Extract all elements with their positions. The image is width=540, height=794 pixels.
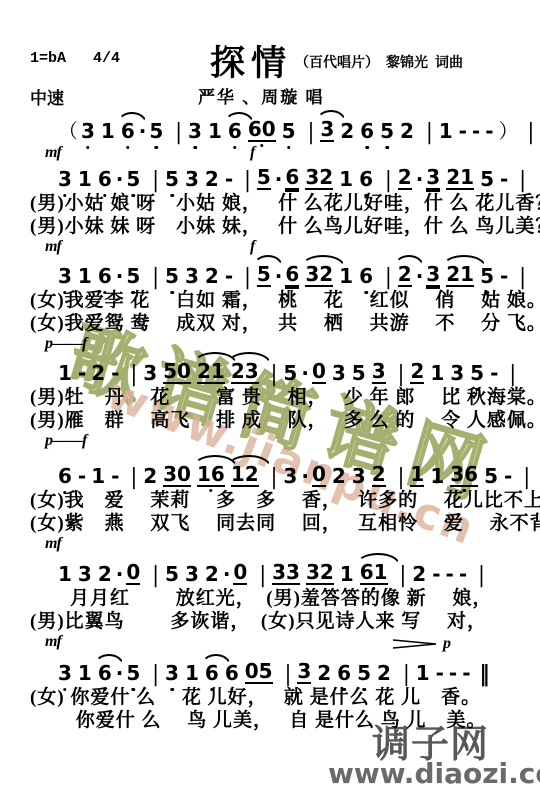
music-system: 316·5|532-|5·63216|2·3215-|(女)我爱李 花 白如 霜… <box>0 255 540 355</box>
lyric-line: (男)牡 丹 花 富 贵 相， 少 年 郎 比 秋海棠。 <box>0 386 540 409</box>
note-token: （ <box>58 121 78 142</box>
note-token: 3 <box>81 121 95 142</box>
note-token: 5 <box>149 121 163 142</box>
note-token: 1 <box>410 464 424 487</box>
notation-line: 316·5|316605|32652|1---‖ <box>0 652 540 686</box>
music-system: 132·0|532·0|3332161|2---| 月月红 放红光， (男)羞答… <box>0 553 540 653</box>
note-token: - <box>432 564 440 585</box>
note-token: · <box>116 663 124 684</box>
note-token: 6 <box>205 663 219 684</box>
note-token: - <box>436 663 444 684</box>
note-token: 3 <box>352 466 366 487</box>
note-token: 5 <box>282 121 296 142</box>
dynamic-marking: p——f <box>45 432 86 450</box>
note-token: 5 <box>165 169 179 190</box>
note-token: 3 <box>297 661 311 684</box>
note-token: 2 <box>205 266 219 287</box>
note-token: - <box>485 121 493 142</box>
note-token: 5 <box>126 169 140 190</box>
lyric-line: (男)小姑 娘 呀 小姑 娘， 什 么花儿好哇，什 么 花儿香？ <box>0 192 540 215</box>
note-token: | <box>426 120 433 144</box>
lyric-line: (男)比翼鸟 多诙谐， (女)只见诗人来 写 对， <box>0 610 540 633</box>
note-token: 2 <box>205 564 219 585</box>
music-system: （316·5|316605|32652|1---）|mff <box>0 110 540 164</box>
note-token: | <box>398 465 405 489</box>
note-token: 0 <box>126 562 140 585</box>
note-token: 1 <box>185 663 199 684</box>
lyric-line: 月月红 放红光， (男)羞答答的像 新 娘， <box>0 587 540 610</box>
slur-arc <box>227 455 271 467</box>
note-token: 3 <box>78 564 92 585</box>
note-token: | <box>271 362 278 386</box>
note-token: - <box>111 466 119 487</box>
note-token: | <box>385 265 392 289</box>
note-token: · <box>116 266 124 287</box>
music-system: 316·5|316605|32652|1---‖(女) 你爱什 么 花 儿好， … <box>0 652 540 732</box>
note-token: 5 <box>165 266 179 287</box>
note-token: - <box>459 121 467 142</box>
note-token: 5 <box>380 121 394 142</box>
note-token: 12 <box>231 464 259 487</box>
notation-line: 132·0|532·0|3332161|2---| <box>0 553 540 587</box>
note-token: 1 <box>339 169 353 190</box>
note-token: - <box>225 266 233 287</box>
note-token: 6 <box>337 663 351 684</box>
note-token: 5 <box>257 264 271 287</box>
note-token: - <box>111 363 119 384</box>
note-token: · <box>416 169 424 190</box>
note-token: 5 <box>470 363 484 384</box>
note-token: 2 <box>340 121 354 142</box>
note-token: 3 <box>58 663 72 684</box>
dynamics-row: mf <box>0 535 540 555</box>
note-token: 50 <box>163 361 191 384</box>
note-token: | <box>478 563 485 587</box>
note-token: 3 <box>58 169 72 190</box>
note-token: 1 <box>416 663 430 684</box>
note-token: · <box>116 564 124 585</box>
note-token: · <box>275 266 283 287</box>
note-token: 1 <box>340 564 354 585</box>
note-token: 6 <box>360 121 374 142</box>
note-token: | <box>244 168 251 192</box>
note-token: 2 <box>410 361 424 384</box>
note-token: 3 <box>143 363 157 384</box>
slur-arc <box>227 352 271 364</box>
note-token: | <box>385 168 392 192</box>
note-token: 16 <box>197 464 225 487</box>
note-token: | <box>308 120 315 144</box>
slur-arc <box>356 553 400 565</box>
note-token: 6 <box>98 663 112 684</box>
lyric-line: (女)我爱鸳 鸯 成双 对， 共 栖 共游 不 分 飞。 <box>0 312 540 335</box>
note-token: 33 <box>272 562 300 585</box>
note-token: · <box>116 169 124 190</box>
note-token: | <box>398 362 405 386</box>
note-token: 3 <box>332 363 346 384</box>
note-token: · <box>223 564 231 585</box>
note-token: · <box>275 169 283 190</box>
note-token: | <box>400 563 407 587</box>
note-token: 1 <box>78 663 92 684</box>
note-token: - <box>459 564 467 585</box>
note-token: 6 <box>359 266 373 287</box>
note-token: 1 <box>78 169 92 190</box>
dynamic-marking: f <box>250 238 255 256</box>
note-token: 6 <box>58 466 72 487</box>
note-token: 23 <box>231 361 259 384</box>
note-token: | <box>152 662 159 686</box>
note-token: 0 <box>312 464 326 487</box>
note-token: | <box>523 465 530 489</box>
notation-line: 316·5|532-|5·63216|2·3215-| <box>0 255 540 289</box>
lyric-line: 你爱什 么 鸟 儿美， 自 是什么 鸟 儿 美。 <box>0 709 540 732</box>
note-token: | <box>403 662 410 686</box>
note-token: | <box>509 362 516 386</box>
lyric-line: (女)我爱李 花 白如 霜， 桃 花 红似 俏 姑 娘。 <box>0 289 540 312</box>
note-token: 6 <box>225 663 239 684</box>
note-token: 6 <box>228 121 242 142</box>
note-token: | <box>519 265 526 289</box>
note-token: 3 <box>165 663 179 684</box>
note-token: | <box>259 563 266 587</box>
note-token: 5 <box>283 363 297 384</box>
note-token: 1 <box>339 266 353 287</box>
note-token: 3 <box>426 167 440 190</box>
note-token: · <box>301 466 309 487</box>
note-token: - <box>500 266 508 287</box>
note-token: 1 <box>58 363 72 384</box>
note-token: 3 <box>185 266 199 287</box>
music-system: 1-2-|3502123|5·0353|2135-|(男)牡 丹 花 富 贵 相… <box>0 352 540 452</box>
note-token: - <box>490 363 498 384</box>
lyric-line: (女)我 爱 茉莉 多 多 香， 许多的 花儿比不上。 <box>0 489 540 512</box>
lyric-line: (女) 你爱什 么 花 儿好， 就 是什么 花 儿 香。 <box>0 686 540 709</box>
note-token: 21 <box>446 264 474 287</box>
note-token: 05 <box>245 661 273 684</box>
dynamics-row: mfp <box>0 633 540 653</box>
decrescendo-icon <box>392 638 438 650</box>
note-token: | <box>130 465 137 489</box>
note-token: ‖ <box>480 662 490 686</box>
note-token: 3 <box>450 363 464 384</box>
note-token: 21 <box>446 167 474 190</box>
note-token: 3 <box>426 264 440 287</box>
note-token: | <box>271 465 278 489</box>
note-token: 1 <box>58 564 72 585</box>
note-token: | <box>528 120 535 144</box>
note-token: 1 <box>430 466 444 487</box>
note-token: 2 <box>412 564 426 585</box>
note-token: - <box>462 663 470 684</box>
note-token: 3 <box>320 119 334 142</box>
lyric-line: (男)小妹 妹 呀 小妹 妹， 什 么鸟儿好哇，什 么 鸟儿美？ <box>0 215 540 238</box>
lyric-line: (女)紫 燕 双飞 同去同 回， 互相怜 爱 永不背。 <box>0 512 540 535</box>
note-token: - <box>446 564 454 585</box>
note-token: - <box>500 169 508 190</box>
note-token: 5 <box>480 169 494 190</box>
note-token: 5 <box>165 564 179 585</box>
note-token: 6 <box>285 167 299 190</box>
score-area: （316·5|316605|32652|1---）|mff316·5|532-|… <box>0 0 540 794</box>
note-token: 5 <box>126 663 140 684</box>
note-token: 5 <box>257 167 271 190</box>
note-token: 2 <box>398 264 412 287</box>
note-token: 1 <box>208 121 222 142</box>
note-token: 6 <box>98 266 112 287</box>
note-token: | <box>175 120 182 144</box>
note-token: 3 <box>372 361 386 384</box>
notation-line: 6-1-|2301612|3·0232|11365-| <box>0 455 540 489</box>
note-token: 2 <box>98 564 112 585</box>
note-token: 60 <box>248 119 276 142</box>
lyric-line: (男)雁 群 高飞 排 成 队， 多 么 的 令 人感佩。 <box>0 409 540 432</box>
dynamic-marking: mf <box>45 238 61 256</box>
note-token: 1 <box>439 121 453 142</box>
note-token: 3 <box>283 466 297 487</box>
note-token: 2 <box>398 167 412 190</box>
sheet-music-page: 歌谱简谱网 www.jianpu.cn 调子网 www.diaozi.com 1… <box>0 0 540 794</box>
note-token: 2 <box>400 121 414 142</box>
note-token: 2 <box>372 464 386 487</box>
dynamic-marking: mf <box>45 535 61 553</box>
note-token: | <box>152 265 159 289</box>
dynamic-marking: p <box>392 635 451 653</box>
note-token: 2 <box>91 363 105 384</box>
note-token: 1 <box>78 266 92 287</box>
note-token: | <box>152 563 159 587</box>
dynamic-marking: mf <box>45 633 61 651</box>
notation-line: 316·5|532-|5·63216|2·3215-| <box>0 158 540 192</box>
note-token: 21 <box>197 361 225 384</box>
note-token: 32 <box>306 562 334 585</box>
note-token: 0 <box>233 562 247 585</box>
note-token: · <box>301 363 309 384</box>
note-token: | <box>152 168 159 192</box>
music-system: 6-1-|2301612|3·0232|11365-|(女)我 爱 茉莉 多 多… <box>0 455 540 555</box>
note-token: 2 <box>143 466 157 487</box>
notation-line: （316·5|316605|32652|1---）| <box>0 110 540 144</box>
note-token: · <box>139 121 147 142</box>
note-token: 61 <box>360 562 388 585</box>
note-token: 32 <box>305 167 333 190</box>
note-token: | <box>519 168 526 192</box>
note-token: 5 <box>480 266 494 287</box>
note-token: 36 <box>450 464 478 487</box>
note-token: | <box>244 265 251 289</box>
note-token: 6 <box>121 121 135 142</box>
note-token: - <box>78 466 86 487</box>
note-token: 2 <box>377 663 391 684</box>
dynamics-row: p——f <box>0 432 540 452</box>
notation-line: 1-2-|3502123|5·0353|2135-| <box>0 352 540 386</box>
note-token: 6 <box>359 169 373 190</box>
note-token: 6 <box>98 169 112 190</box>
note-token: - <box>449 663 457 684</box>
note-token: 3 <box>188 121 202 142</box>
note-token: 1 <box>91 466 105 487</box>
note-token: 1 <box>430 363 444 384</box>
note-token: - <box>225 169 233 190</box>
note-token: 2 <box>317 663 331 684</box>
note-token: 5 <box>352 363 366 384</box>
dynamic-marking: p——f <box>45 335 86 353</box>
note-token: - <box>472 121 480 142</box>
note-token: 3 <box>185 564 199 585</box>
note-token: | <box>285 662 292 686</box>
note-token: 5 <box>484 466 498 487</box>
note-token: 6 <box>285 264 299 287</box>
note-token: 5 <box>357 663 371 684</box>
note-token: 2 <box>332 466 346 487</box>
music-system: 316·5|532-|5·63216|2·3215-|(男)小姑 娘 呀 小姑 … <box>0 158 540 258</box>
note-token: ） <box>499 121 519 142</box>
note-token: 30 <box>163 464 191 487</box>
note-token: - <box>78 363 86 384</box>
note-token: · <box>416 266 424 287</box>
note-token: 32 <box>305 264 333 287</box>
note-token: - <box>504 466 512 487</box>
note-token: 3 <box>185 169 199 190</box>
note-token: 0 <box>312 361 326 384</box>
note-token: 1 <box>101 121 115 142</box>
note-token: 3 <box>58 266 72 287</box>
note-token: | <box>130 362 137 386</box>
note-token: 2 <box>205 169 219 190</box>
note-token: 5 <box>126 266 140 287</box>
